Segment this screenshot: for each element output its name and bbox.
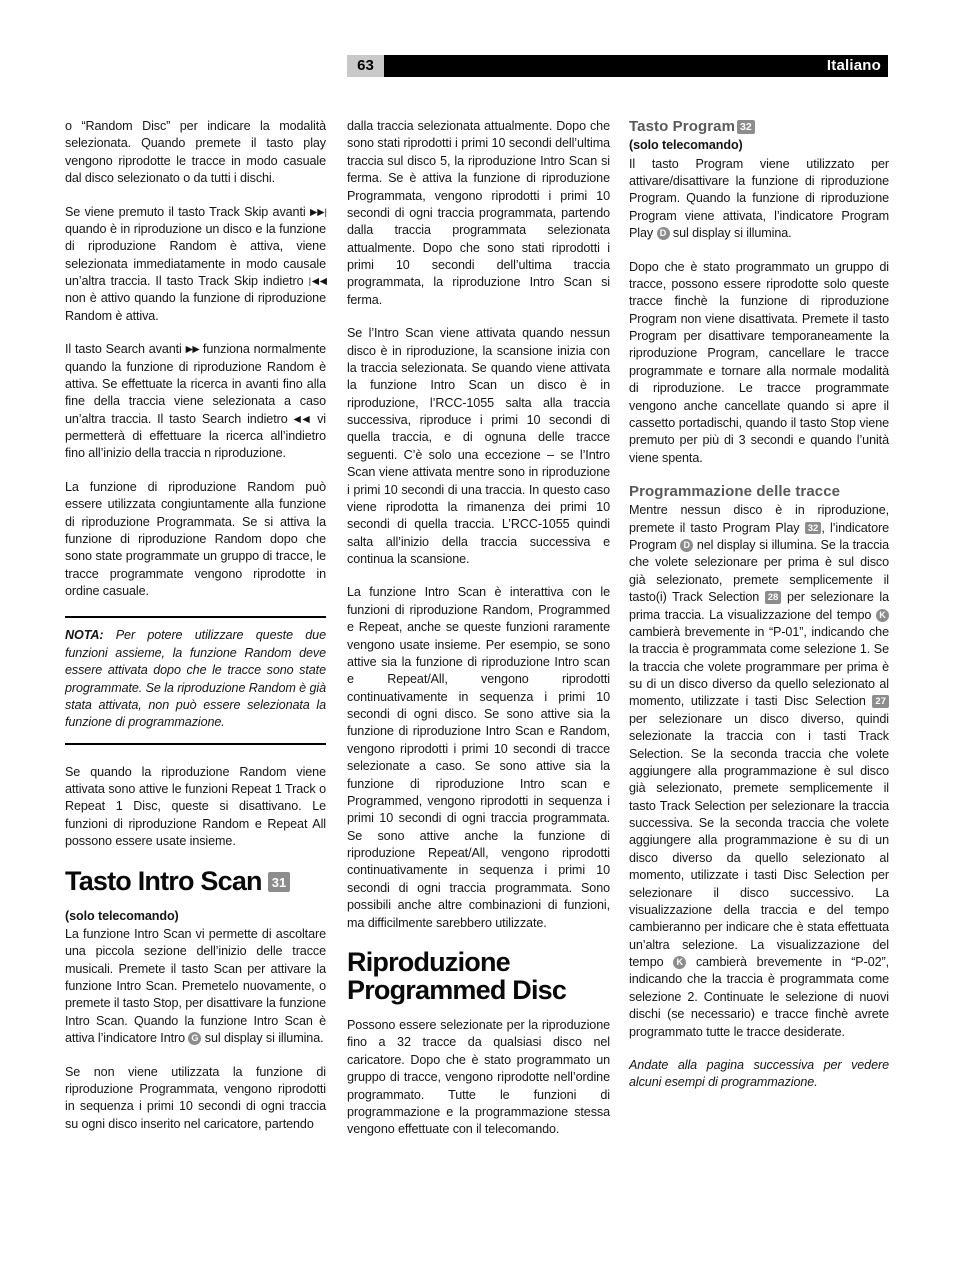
text-run: Per potere utilizzare queste due funzion… <box>65 628 326 729</box>
remote-only-label: (solo telecomando) <box>629 137 889 154</box>
intro-scan-interaction-paragraph: La funzione Intro Scan è interattiva con… <box>347 584 610 932</box>
bold-text-run: NOTA: <box>65 628 103 642</box>
display-indicator-badge: D <box>680 539 693 552</box>
text-run: Il tasto Search avanti <box>65 342 186 356</box>
display-indicator-badge: K <box>876 609 889 622</box>
page-number: 63 <box>347 55 384 77</box>
text-run: Se non viene utilizzata la funzione di r… <box>65 1065 326 1131</box>
display-indicator-badge: G <box>188 1032 201 1045</box>
program-button-heading: Tasto Program32 <box>629 118 889 135</box>
random-disc-paragraph: o “Random Disc” per indicare la modalità… <box>65 118 326 188</box>
nota-block: NOTA: Per potere utilizzare queste due f… <box>65 616 326 744</box>
text-run: cambierà brevemente in “P-01”, indicando… <box>629 625 889 709</box>
track-skip-paragraph: Se viene premuto il tasto Track Skip ava… <box>65 204 326 326</box>
text-run: Riproduzione <box>347 947 510 977</box>
intro-scan-sequence-paragraph: Se non viene utilizzata la funzione di r… <box>65 1064 326 1134</box>
program-group-paragraph: Dopo che è stato programmato un gruppo d… <box>629 259 889 468</box>
text-run: Possono essere selezionate per la riprod… <box>347 1018 610 1136</box>
callout-number-badge: 27 <box>872 695 889 708</box>
text-run: Andate alla pagina successiva per vedere… <box>629 1058 889 1089</box>
track-programming-paragraph: Mentre nessun disco è in riproduzione, p… <box>629 502 889 1041</box>
text-run: (solo telecomando) <box>65 909 179 923</box>
text-run: quando è in riproduzione un disco e la f… <box>65 222 326 288</box>
text-run: La funzione di riproduzione Random può e… <box>65 480 326 598</box>
intro-scan-paragraph: La funzione Intro Scan vi permette di as… <box>65 926 326 1048</box>
text-run: dalla traccia selezionata attualmente. D… <box>347 119 610 307</box>
next-page-note: Andate alla pagina successiva per vedere… <box>629 1057 889 1092</box>
text-run: Se viene premuto il tasto Track Skip ava… <box>65 205 310 219</box>
intro-scan-continuation-paragraph: dalla traccia selezionata attualmente. D… <box>347 118 610 309</box>
language-label: Italiano <box>827 55 881 77</box>
search-forward-icon: ▶▶ <box>186 344 200 355</box>
text-run: per selezionare un disco diverso, quindi… <box>629 712 889 969</box>
text-run: Se quando la riproduzione Random viene a… <box>65 765 326 849</box>
repeat-interaction-paragraph: Se quando la riproduzione Random viene a… <box>65 764 326 851</box>
text-run: La funzione Intro Scan è interattiva con… <box>347 585 610 929</box>
remote-only-label: (solo telecomando) <box>65 908 326 925</box>
text-run: sul display si illumina. <box>670 226 792 240</box>
text-run: non è attivo quando la funzione di ripro… <box>65 291 326 322</box>
programmed-disc-heading: RiproduzioneProgrammed Disc <box>347 948 610 1004</box>
text-run: o “Random Disc” per indicare la modalità… <box>65 119 326 185</box>
text-run: Tasto Intro Scan <box>65 866 262 896</box>
column-left: o “Random Disc” per indicare la modalità… <box>65 118 326 1149</box>
header-bar: 63 Italiano <box>347 55 888 77</box>
random-programmed-paragraph: La funzione di riproduzione Random può e… <box>65 479 326 601</box>
text-run: sul display si illumina. <box>201 1031 323 1045</box>
text-run: Se l’Intro Scan viene attivata quando ne… <box>347 326 610 566</box>
callout-number-badge: 32 <box>737 120 755 134</box>
text-run: Programmazione delle tracce <box>629 483 840 500</box>
programmed-disc-intro-paragraph: Possono essere selezionate per la riprod… <box>347 1017 610 1139</box>
text-run: (solo telecomando) <box>629 138 743 152</box>
search-back-icon: ◀◀ <box>294 414 312 425</box>
intro-scan-behavior-paragraph: Se l’Intro Scan viene attivata quando ne… <box>347 325 610 568</box>
intro-scan-heading: Tasto Intro Scan31 <box>65 867 326 895</box>
callout-number-badge: 31 <box>268 872 290 892</box>
display-indicator-badge: K <box>673 956 686 969</box>
skip-forward-icon: ▶▶| <box>310 207 326 218</box>
text-run: Programmed Disc <box>347 975 566 1005</box>
column-right: Tasto Program32(solo telecomando)Il tast… <box>629 118 889 1108</box>
callout-number-badge: 32 <box>805 522 822 535</box>
display-indicator-badge: D <box>657 227 670 240</box>
column-middle: dalla traccia selezionata attualmente. D… <box>347 118 610 1155</box>
callout-number-badge: 28 <box>765 591 782 604</box>
program-button-paragraph: Il tasto Program viene utilizzato per at… <box>629 156 889 243</box>
text-run: Tasto Program <box>629 118 735 135</box>
text-run: Dopo che è stato programmato un gruppo d… <box>629 260 889 465</box>
track-programming-heading: Programmazione delle tracce <box>629 483 889 500</box>
text-run: La funzione Intro Scan vi permette di as… <box>65 927 326 1045</box>
skip-back-icon: |◀◀ <box>309 276 326 287</box>
search-paragraph: Il tasto Search avanti ▶▶ funziona norma… <box>65 341 326 463</box>
